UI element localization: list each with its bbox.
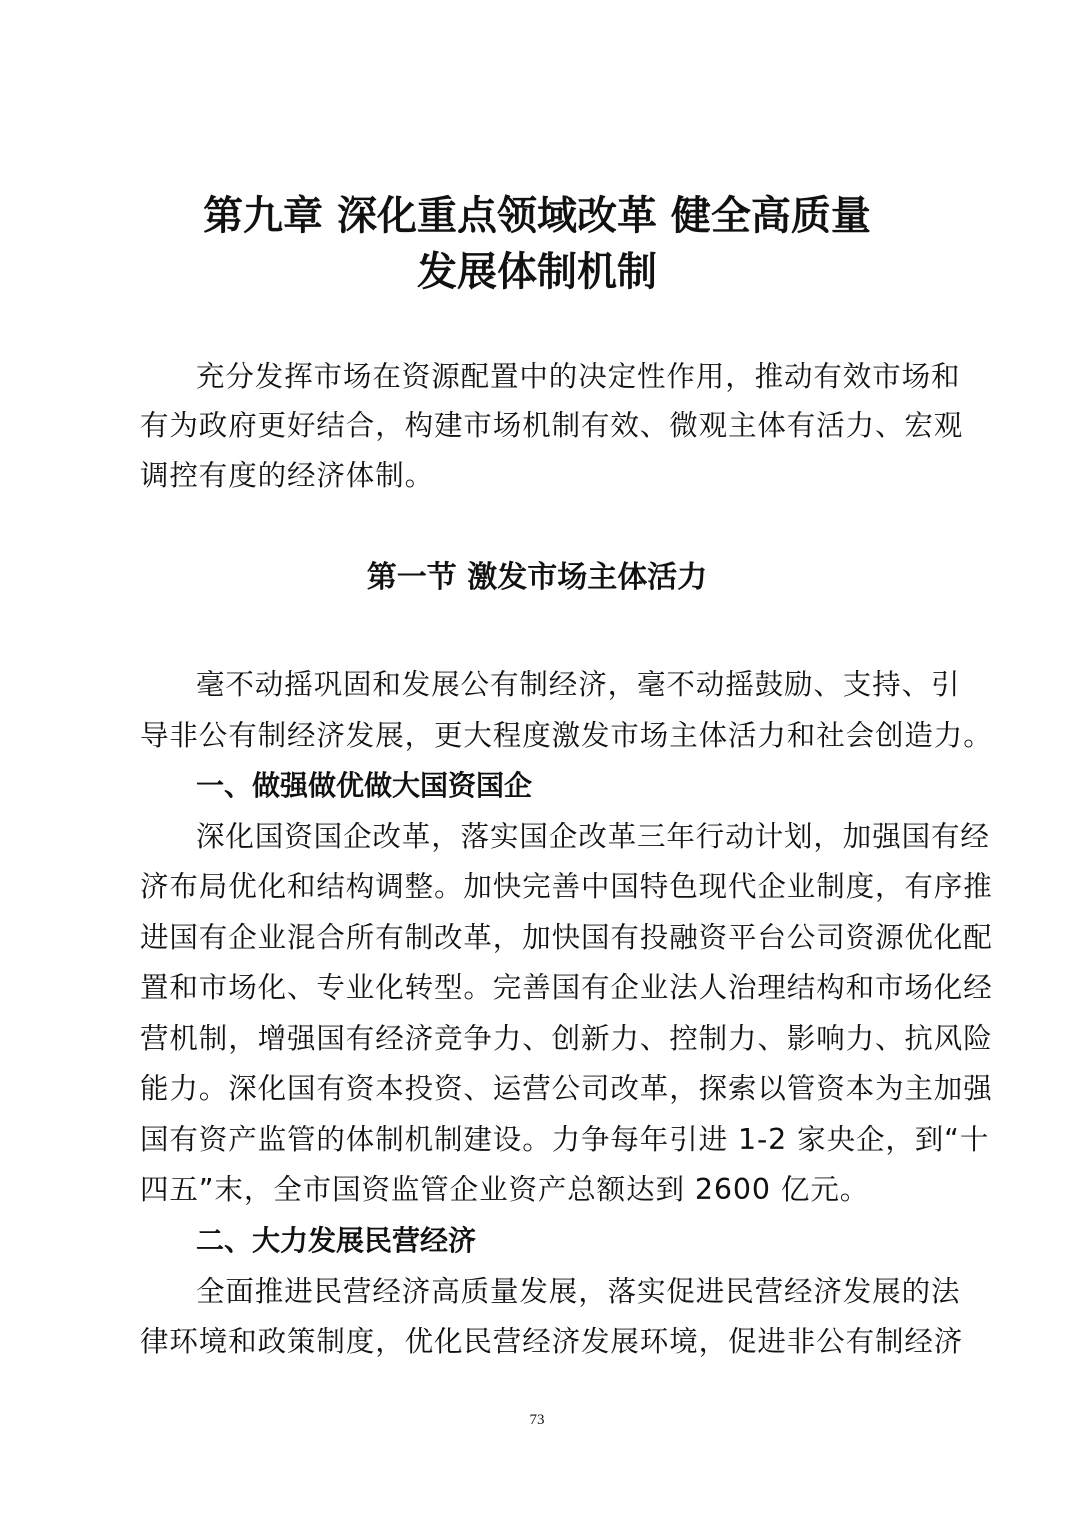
paragraph-line: 济布局优化和结构调整。加快完善中国特色现代企业制度，有序推 xyxy=(140,867,940,907)
paragraph-line: 全面推进民营经济高质量发展，落实促进民营经济发展的法 xyxy=(196,1272,996,1312)
paragraph-line: 深化国资国企改革，落实国企改革三年行动计划，加强国有经 xyxy=(196,817,996,857)
paragraph-line: 能力。深化国有资本投资、运营公司改革，探索以管资本为主加强 xyxy=(140,1069,940,1109)
paragraph-line: 营机制，增强国有经济竞争力、创新力、控制力、影响力、抗风险 xyxy=(140,1019,940,1059)
paragraph-line: 充分发挥市场在资源配置中的决定性作用，推动有效市场和 xyxy=(196,357,996,397)
paragraph-line: 毫不动摇巩固和发展公有制经济，毫不动摇鼓励、支持、引 xyxy=(196,665,996,705)
paragraph-line: 置和市场化、专业化转型。完善国有企业法人治理结构和市场化经 xyxy=(140,968,940,1008)
paragraph-line: 导非公有制经济发展，更大程度激发市场主体活力和社会创造力。 xyxy=(140,716,940,756)
section-title: 第一节 激发市场主体活力 xyxy=(0,556,1074,600)
chapter-title-line-2: 发展体制机制 xyxy=(0,244,1074,300)
paragraph-line: 国有资产监管的体制机制建设。力争每年引进 1-2 家央企，到“十 xyxy=(140,1120,940,1160)
subsection-heading: 二、大力发展民营经济 xyxy=(196,1221,476,1261)
page-number: 73 xyxy=(0,1412,1074,1429)
paragraph-line: 有为政府更好结合，构建市场机制有效、微观主体有活力、宏观 xyxy=(140,406,940,446)
paragraph-line: 律环境和政策制度，优化民营经济发展环境，促进非公有制经济 xyxy=(140,1322,940,1362)
paragraph-line: 进国有企业混合所有制改革，加快国有投融资平台公司资源优化配 xyxy=(140,918,940,958)
paragraph-line: 调控有度的经济体制。 xyxy=(140,456,940,496)
paragraph-line: 四五”末，全市国资监管企业资产总额达到 2600 亿元。 xyxy=(140,1170,940,1210)
subsection-heading: 一、做强做优做大国资国企 xyxy=(196,766,532,806)
document-page: 第九章 深化重点领域改革 健全高质量 发展体制机制 充分发挥市场在资源配置中的决… xyxy=(0,0,1074,1520)
chapter-title-line-1: 第九章 深化重点领域改革 健全高质量 xyxy=(0,188,1074,244)
